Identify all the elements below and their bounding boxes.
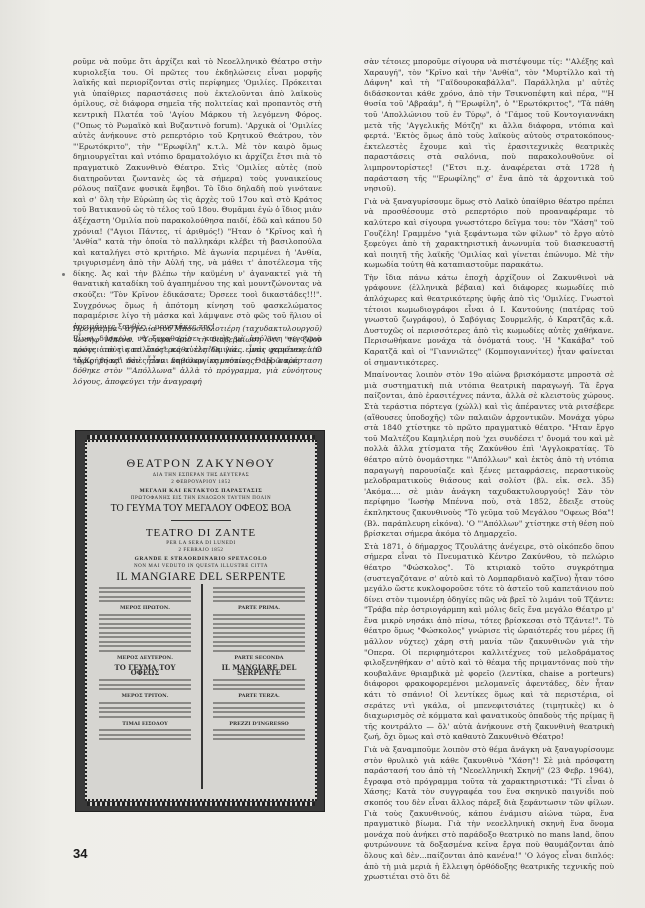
book-page: ροῦμε νὰ ποῦμε ὅτι ἀρχίζει καὶ τὸ Νεοελλ… [0, 0, 645, 908]
poster-section-heading: ΜΕΡΟΣ ΤΡΙΤΟΝ. [99, 694, 191, 699]
paragraph: Τὴν ἴδια πάνω κάτω ἐποχὴ ἀρχίζουν οἱ Ζακ… [364, 273, 614, 368]
print-speck [62, 273, 65, 276]
poster-event-italian: GRANDE E STRAORDINARIO SPETACOLO [87, 556, 315, 562]
poster-date-greek: 2 ΦΕΒΡΟΥΑΡΙΟΥ 1852 [87, 480, 315, 485]
poster-column-divider [201, 584, 203, 789]
poster-note-greek: ΠΡΩΤΟΦΑΝΗΣ ΕΙΣ ΤΗΝ ΕΝΔΟΞΟΝ ΤΑΥΤΗΝ ΠΟΛΙΝ [87, 496, 315, 501]
poster-show-greek: ΤΟ ΓΕΥΜΑ ΤΟΥ ΜΕΓΑΛΟΥ ΟΦΕΟΣ ΒΟΑ [87, 503, 315, 514]
page-number: 34 [73, 846, 87, 861]
paragraph: Γιὰ νὰ ξαναγυρίσουμε ὅμως στὸ Λαϊκὸ ὑπαί… [364, 197, 614, 271]
poster-section-heading: ΜΕΡΟΣ ΔΕΥΤΕΡΟΝ. [99, 656, 191, 661]
poster-section-title: IL MANGIARE DEL SERPENTE [213, 665, 305, 675]
poster-section-heading: PARTE PRIMA. [213, 606, 305, 611]
poster-section-title: ΤΟ ΓΕΥΜΑ ΤΟΥ ΟΦΕΩΣ [99, 665, 191, 675]
right-text-column: σὰν τέτοιες μποροῦμε σίγουρα νὰ πιστέψου… [364, 57, 614, 885]
poster-border [87, 435, 315, 439]
paragraph: Στὰ 1871, ὁ δήμαρχος Τζουλάτης ἀνέγειρε,… [364, 542, 614, 743]
poster-greek-program: ΜΕΡΟΣ ΠΡΩΤΟΝ. ΜΕΡΟΣ ΔΕΥΤΕΡΟΝ. ΤΟ ΓΕΥΜΑ Τ… [99, 584, 191, 789]
figure-caption: Πρόγραμμα - ἀγγελία τοῦ Μπουσουλοτιέρη (… [73, 324, 322, 388]
poster-border [87, 802, 315, 806]
left-text-column: ροῦμε νὰ ποῦμε ὅτι ἀρχίζει καὶ τὸ Νεοελλ… [73, 57, 322, 368]
poster-title-greek: ΘΕΑΤΡΟΝ ΖΑΚΥΝΘΟΥ [87, 456, 315, 471]
poster-subtitle-greek: ΔΙΑ ΤΗΝ ΕΣΠΕΡΑΝ ΤΗΣ ΔΕΥΤΕΡΑΣ [87, 473, 315, 478]
poster-body: ΘΕΑΤΡΟΝ ΖΑΚΥΝΘΟΥ ΔΙΑ ΤΗΝ ΕΣΠΕΡΑΝ ΤΗΣ ΔΕΥ… [85, 440, 317, 801]
paragraph: Μπαίνοντας λοιπὸν στὸν 19ο αἰώνα βρισκόμ… [364, 370, 614, 540]
paragraph: Γιὰ νὰ ξαναμποῦμε λοιπὸν στὸ θέμα ἀνάγκη… [364, 745, 614, 883]
poster-prices-heading: PREZZI D'INGRESSO [213, 722, 305, 727]
poster-section-heading: PARTE TERZA. [213, 694, 305, 699]
poster-italian-program: PARTE PRIMA. PARTE SECONDA IL MANGIARE D… [213, 584, 305, 789]
poster-title-italian: TEATRO DI ZANTE [87, 527, 315, 539]
paragraph: σὰν τέτοιες μποροῦμε σίγουρα νὰ πιστέψου… [364, 57, 614, 195]
poster-prices-heading: ΤΙΜΑΙ ΕΙΣΟΔΟΥ [99, 722, 191, 727]
poster-subtitle-italian: PER LA SERA DI LUNEDI [87, 541, 315, 546]
paragraph: ροῦμε νὰ ποῦμε ὅτι ἀρχίζει καὶ τὸ Νεοελλ… [73, 57, 322, 332]
poster-program-columns: ΜΕΡΟΣ ΠΡΩΤΟΝ. ΜΕΡΟΣ ΔΕΥΤΕΡΟΝ. ΤΟ ΓΕΥΜΑ Τ… [99, 584, 305, 789]
poster-section-heading: ΜΕΡΟΣ ΠΡΩΤΟΝ. [99, 606, 191, 611]
poster-show-italian: IL MANGIARE DEL SERPENTE [87, 571, 315, 583]
poster-date-italian: 2 FEBRAJO 1852 [87, 548, 315, 553]
poster-section-heading: PARTE SECONDA [213, 656, 305, 661]
theatre-poster-image: ΘΕΑΤΡΟΝ ΖΑΚΥΝΘΟΥ ΔΙΑ ΤΗΝ ΕΣΠΕΡΑΝ ΤΗΣ ΔΕΥ… [75, 430, 325, 812]
poster-event-greek: ΜΕΓΑΛΗ ΚΑΙ ΕΚΤΑΚΤΟΣ ΠΑΡΑΣΤΑΣΙΣ [87, 488, 315, 494]
poster-rule [171, 520, 231, 521]
poster-note-italian: NON MAI VEDUTO IN QUESTA ILLUSTRE CITTA [87, 564, 315, 569]
